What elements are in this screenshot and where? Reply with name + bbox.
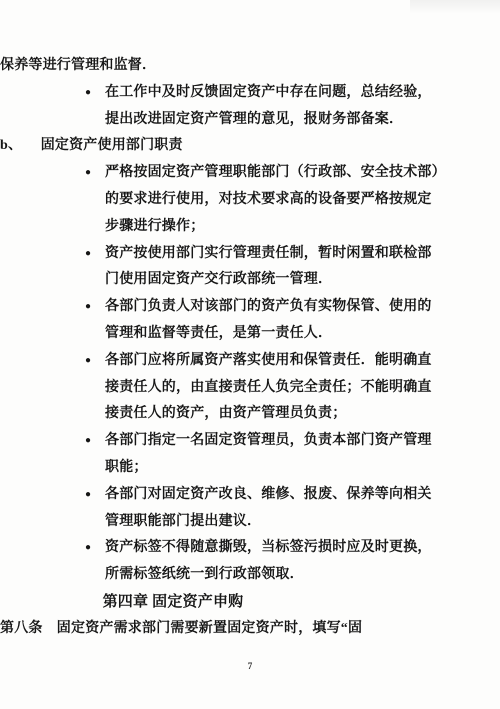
section-a-bullets: ● 在工作中及时反馈固定资产中存在问题，总结经验，提出改进固定资产管理的意见，报… — [0, 80, 500, 134]
bullet-icon: ● — [85, 241, 105, 295]
bullet-icon: ● — [85, 294, 105, 348]
page-content: 保养等进行管理和监督． ● 在工作中及时反馈固定资产中存在问题，总结经验，提出改… — [0, 53, 500, 643]
article-line: 第八条 固定资产需求部门需要新置固定资产时，填写“固 — [0, 616, 372, 643]
bullet-text: 严格按固定资产管理职能部门（行政部、安全技术部）的要求进行使用，对技术要求高的设… — [105, 160, 439, 240]
bullet-item: ● 资产标签不得随意撕毁，当标签污损时应及时更换，所需标签纸统一到行政部领取． — [85, 535, 500, 589]
section-b-title: 固定资产使用部门职责 — [41, 138, 183, 153]
bullet-item: ● 各部门对固定资产改良、维修、报废、保养等向相关管理职能部门提出建议． — [85, 482, 500, 536]
bullet-item: ● 各部门负责人对该部门的资产负有实物保管、使用的管理和监督等责任，是第一责任人… — [85, 294, 500, 348]
bullet-item: ● 严格按固定资产管理职能部门（行政部、安全技术部）的要求进行使用，对技术要求高… — [85, 160, 500, 240]
bullet-text: 各部门对固定资产改良、维修、报废、保养等向相关管理职能部门提出建议． — [105, 482, 439, 536]
bullet-text: 各部门负责人对该部门的资产负有实物保管、使用的管理和监督等责任，是第一责任人． — [105, 294, 439, 348]
document-page: 保养等进行管理和监督． ● 在工作中及时反馈固定资产中存在问题，总结经验，提出改… — [0, 0, 500, 709]
continuation-line: 保养等进行管理和监督． — [0, 53, 500, 80]
bullet-icon: ● — [85, 80, 105, 134]
bullet-item: ● 资产按使用部门实行管理责任制，暂时闲置和联检部门使用固定资产交行政部统一管理… — [85, 241, 500, 295]
bullet-text: 在工作中及时反馈固定资产中存在问题，总结经验，提出改进固定资产管理的意见，报财务… — [105, 80, 439, 134]
bullet-item: ● 各部门指定一名固定资管理员，负责本部门资产管理职能； — [85, 428, 500, 482]
bullet-item: ● 在工作中及时反馈固定资产中存在问题，总结经验，提出改进固定资产管理的意见，报… — [85, 80, 500, 134]
section-b-label: b、 — [0, 133, 37, 160]
bullet-text: 资产标签不得随意撕毁，当标签污损时应及时更换，所需标签纸统一到行政部领取． — [105, 535, 439, 589]
bullet-item: ● 各部门应将所属资产落实使用和保管责任．能明确直接责任人的，由直接责任人负完全… — [85, 348, 500, 428]
bullet-text: 资产按使用部门实行管理责任制，暂时闲置和联检部门使用固定资产交行政部统一管理． — [105, 241, 439, 295]
bullet-icon: ● — [85, 428, 105, 482]
bullet-icon: ● — [85, 160, 105, 240]
bullet-icon: ● — [85, 482, 105, 536]
bullet-icon: ● — [85, 535, 105, 589]
bullet-text: 各部门应将所属资产落实使用和保管责任．能明确直接责任人的，由直接责任人负完全责任… — [105, 348, 439, 428]
section-b-heading: b、 固定资产使用部门职责 — [0, 133, 500, 160]
page-number: 7 — [0, 661, 500, 671]
bullet-icon: ● — [85, 348, 105, 428]
chapter-heading: 第四章 固定资产申购 — [0, 589, 346, 616]
section-b-bullets: ● 严格按固定资产管理职能部门（行政部、安全技术部）的要求进行使用，对技术要求高… — [0, 160, 500, 589]
bullet-text: 各部门指定一名固定资管理员，负责本部门资产管理职能； — [105, 428, 439, 482]
scan-artifact — [410, 0, 500, 14]
